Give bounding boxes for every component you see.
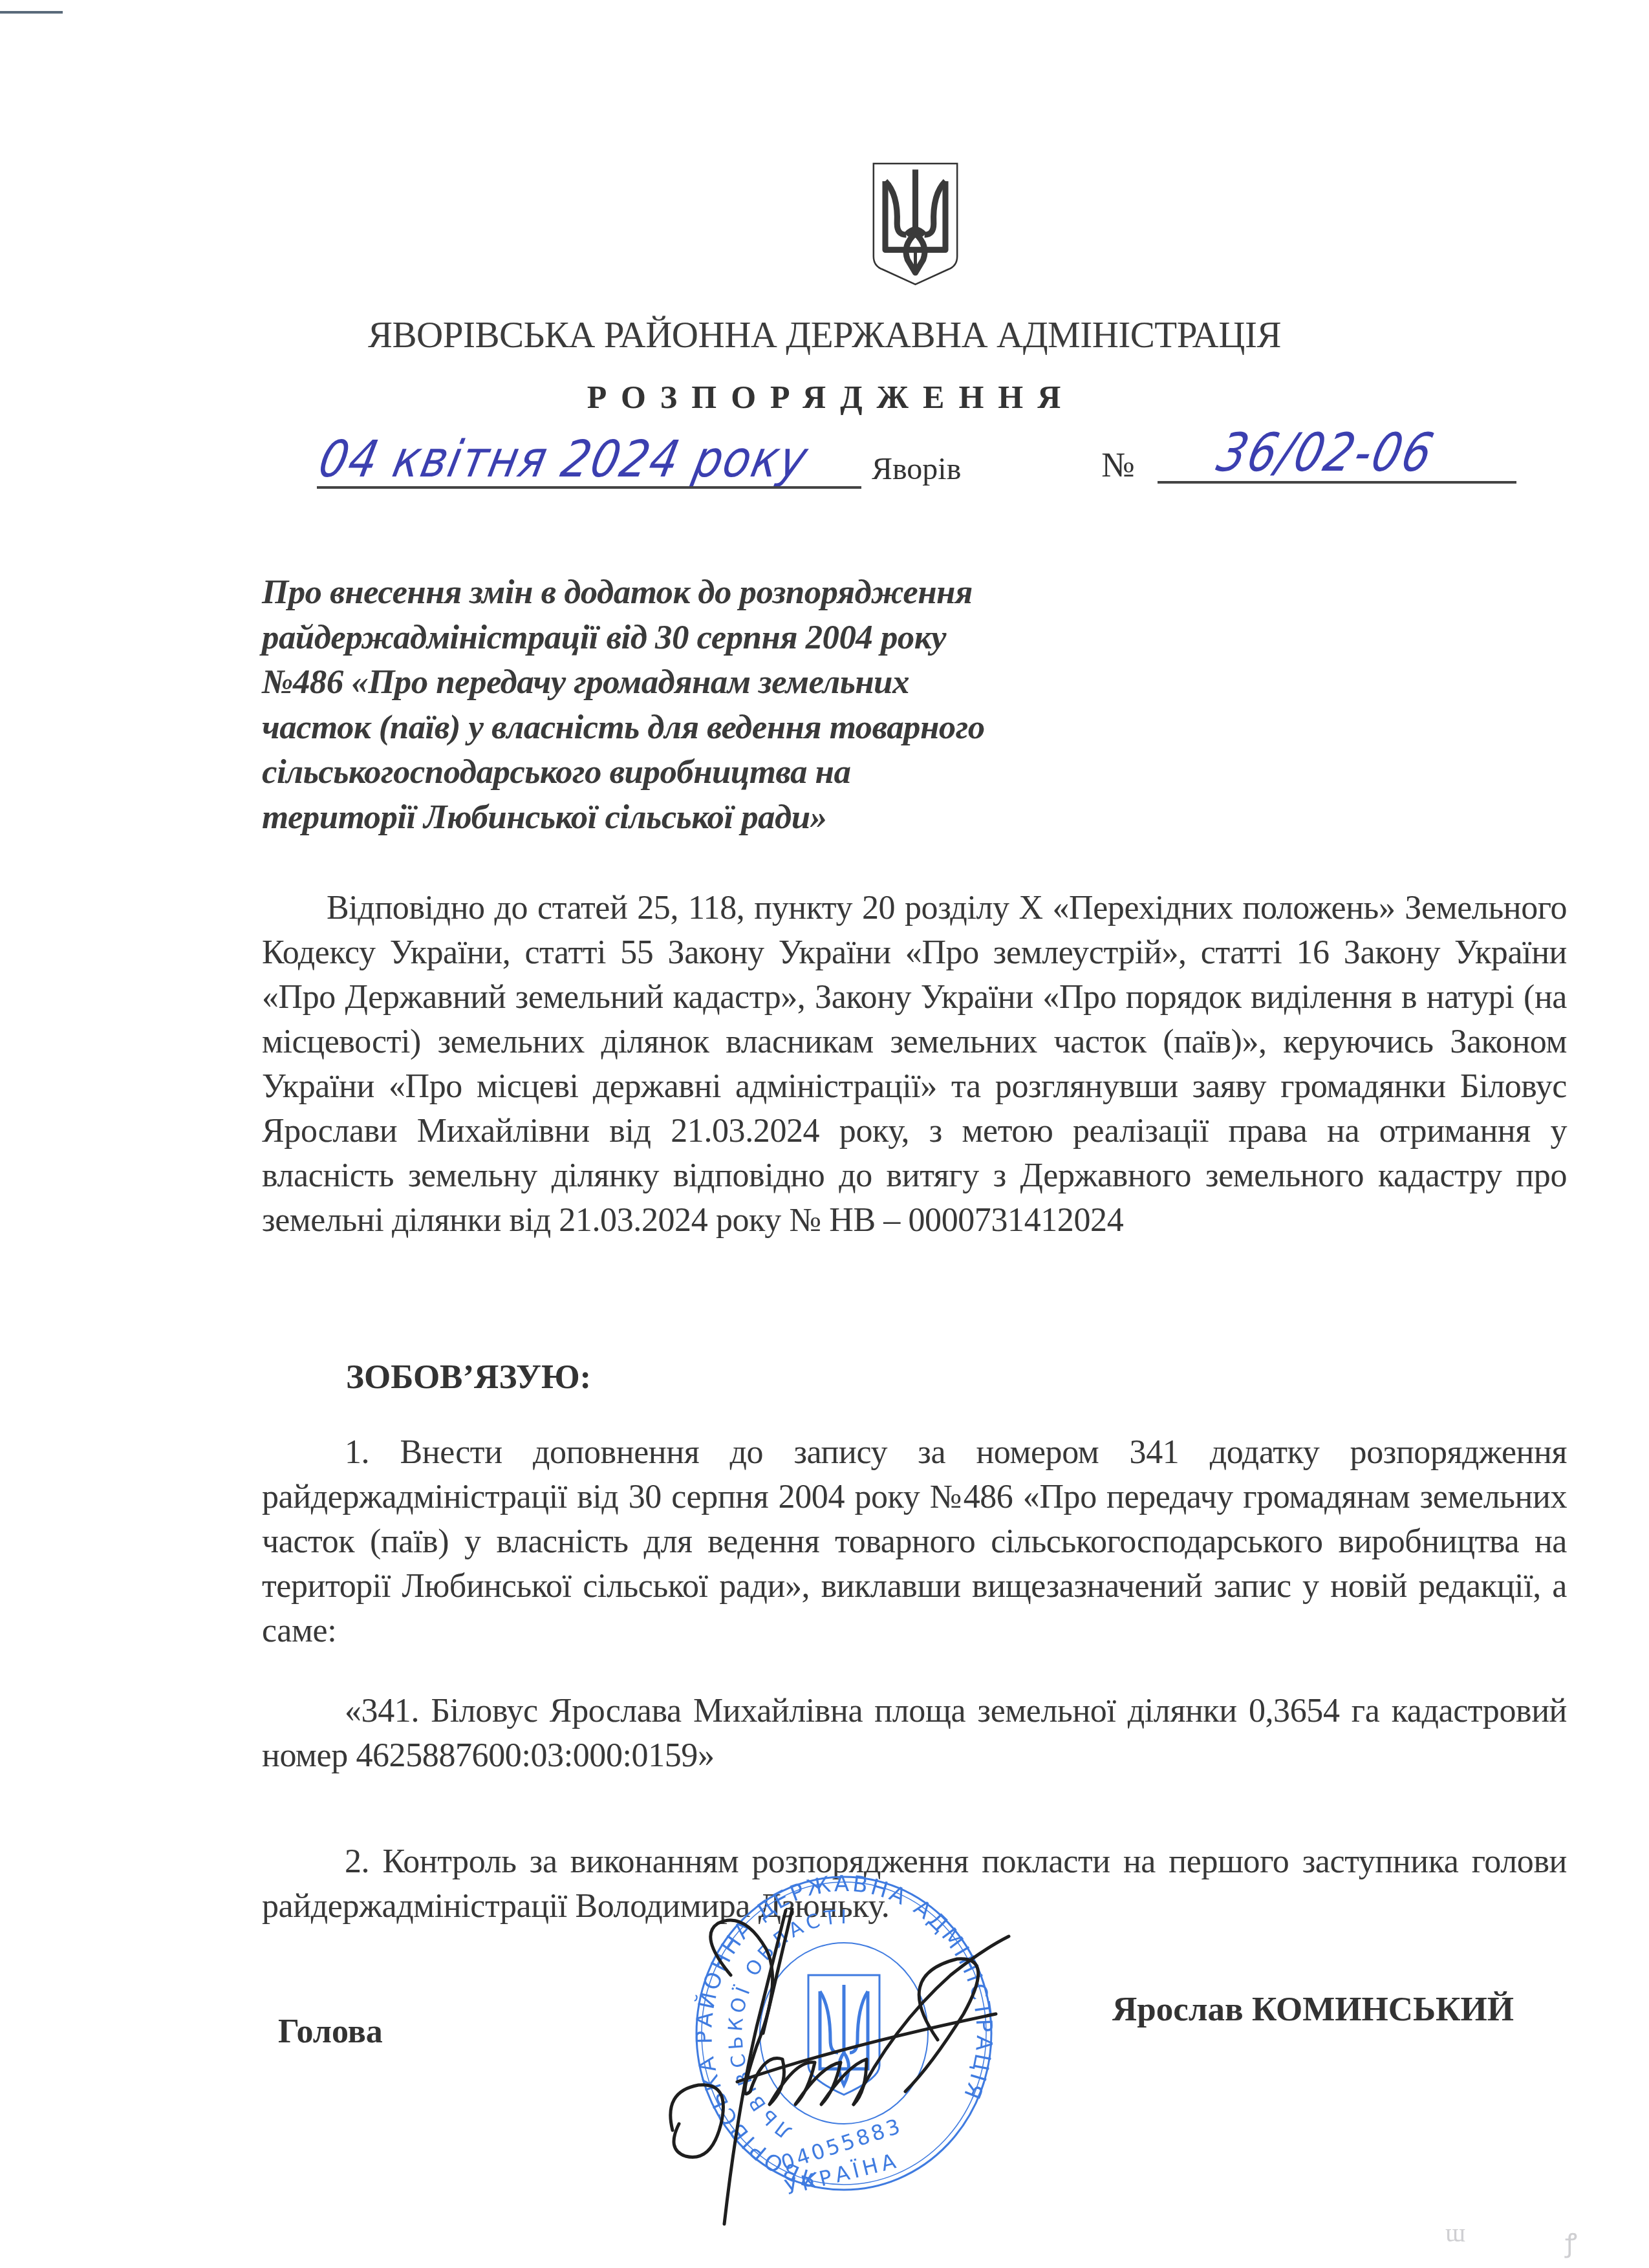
city-name: Яворів (872, 451, 961, 487)
trident-coat-of-arms-icon (868, 162, 962, 286)
scan-corner-mark (0, 11, 63, 14)
number-underline (1158, 481, 1516, 484)
date-underline (317, 486, 861, 489)
title-line: №486 «Про передачу громадянам земельних (262, 660, 1115, 705)
handwritten-document-number: 36/02-06 (1211, 423, 1441, 484)
scan-artifact: ꝭ (1565, 2224, 1577, 2260)
title-line: сільськогосподарського виробництва на (262, 750, 1115, 795)
signatory-role: Голова (278, 2013, 383, 2051)
document-type-heading: РОЗПОРЯДЖЕННЯ (0, 378, 1649, 416)
number-sign: № (1101, 445, 1135, 485)
title-line: Про внесення змін в додаток до розпорядж… (262, 570, 1115, 615)
document-title: Про внесення змін в додаток до розпорядж… (262, 570, 1115, 840)
title-line: території Любинської сільської ради» (262, 795, 1115, 840)
order-item-1: 1. Внести доповнення до запису за номеро… (262, 1430, 1567, 1653)
signatory-name: Ярослав КОМИНСЬКИЙ (1112, 1990, 1514, 2029)
quoted-record-entry: «341. Біловус Ярослава Михайлівна площа … (262, 1689, 1567, 1778)
title-line: райдержадміністрації від 30 серпня 2004 … (262, 615, 1115, 661)
title-line: часток (паїв) у власність для ведення то… (262, 705, 1115, 751)
organization-name: ЯВОРІВСЬКА РАЙОННА ДЕРЖАВНА АДМІНІСТРАЦІ… (0, 314, 1649, 356)
obligation-heading: ЗОБОВ’ЯЗУЮ: (346, 1358, 591, 1396)
scan-artifact: ɯ (1445, 2218, 1465, 2248)
preamble-paragraph: Відповідно до статей 25, 118, пункту 20 … (262, 886, 1567, 1243)
handwritten-signature (660, 1898, 1022, 2227)
handwritten-date: 04 квітня 2024 року (314, 431, 814, 489)
